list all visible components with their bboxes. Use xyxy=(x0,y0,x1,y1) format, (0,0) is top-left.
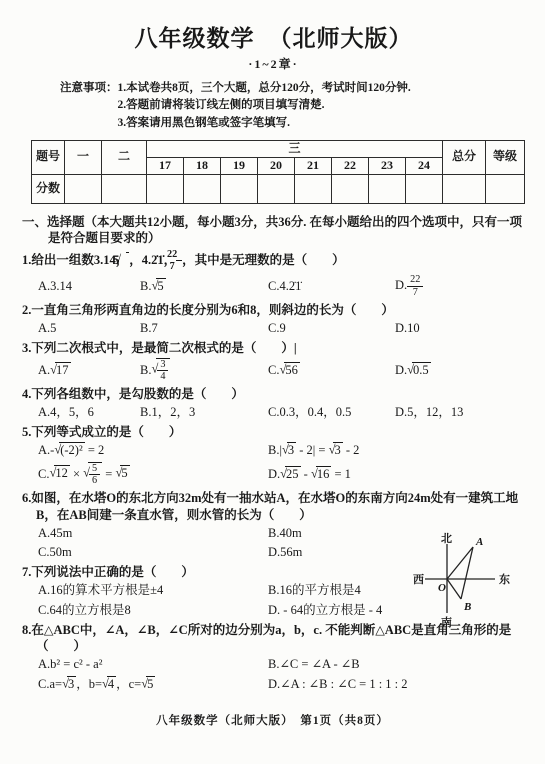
option-d: D.10 xyxy=(395,318,420,338)
score-table-q21: 21 xyxy=(295,157,332,174)
option-a: A.-√(-2)² = 2 xyxy=(38,441,268,461)
exam-title: 八年级数学 xyxy=(135,26,255,51)
option-d: D. - 64的立方根是 - 4 xyxy=(268,600,382,620)
exam-edition: （北师大版） xyxy=(269,26,413,51)
option-b: B.7 xyxy=(140,318,268,338)
option-a: A.4，5，6 xyxy=(38,403,140,423)
section1-heading: 一、选择题（本大题共12小题，每小题3分，共36分. 在每小题给出的四个选项中，… xyxy=(22,214,525,247)
score-table-header-part3: 三 xyxy=(147,140,443,157)
score-table-header-grade: 等级 xyxy=(486,140,525,174)
score-cell-blank xyxy=(369,174,406,203)
notice-item-3: 3.答案请用黑色钢笔或签字笔填写. xyxy=(118,115,411,132)
question-8-options-row2: C.a=√3，b=√4，c=√5 D.∠A : ∠B : ∠C = 1 : 1 … xyxy=(38,674,525,694)
figure-north-label: 北 xyxy=(441,532,452,545)
question-3-options: A.√17 B.√34 C.√56 D.√0.5 xyxy=(38,356,525,384)
score-table-q18: 18 xyxy=(184,157,221,174)
option-b: B.40m xyxy=(268,523,302,543)
score-cell-blank xyxy=(332,174,369,203)
option-c: C.64的立方根是8 xyxy=(38,600,268,620)
question-2: 2.一直角三角形两直角边的长度分别为6和8，则斜边的长为（ ） A.5 B.7 … xyxy=(22,302,525,338)
score-table-header-total: 总分 xyxy=(443,140,486,174)
option-b: B.1，2，3 xyxy=(140,403,268,423)
exam-page: 八年级数学（北师大版） ·1~2章· 注意事项： 1.本试卷共8页，三个大题，总… xyxy=(0,0,545,764)
option-c: C.0.3，0.4，0.5 xyxy=(268,403,395,423)
score-cell-blank xyxy=(486,174,525,203)
option-d: D.5，12，13 xyxy=(395,403,463,423)
question-1: 1.给出一组数3.14，√5，4.2̇1̇，227，其中是无理数的是（ ） A.… xyxy=(22,249,525,300)
score-table: 题号 一 二 三 总分 等级 17 18 19 20 21 22 23 24 分… xyxy=(31,140,525,204)
option-a: A.b² = c² - a² xyxy=(38,655,268,675)
option-a: A.45m xyxy=(38,523,268,543)
question-8: 8.在△ABC中，∠A，∠B，∠C所对的边分别为a，b，c. 不能判断△ABC是… xyxy=(22,622,525,694)
score-cell-blank xyxy=(102,174,147,203)
question-4-stem: 4.下列各组数中，是勾股数的是（ ） xyxy=(22,386,525,403)
option-b: B.√5 xyxy=(140,276,268,296)
notice-block: 注意事项： 1.本试卷共8页，三个大题，总分120分，考试时间120分钟. 2.… xyxy=(60,80,525,132)
q6-compass-figure: 北 南 西 东 O A B xyxy=(413,531,518,629)
score-table-score-label: 分数 xyxy=(32,174,65,203)
page-footer: 八年级数学（北师大版） 第1页（共8页） xyxy=(0,714,545,729)
figure-east-label: 东 xyxy=(499,572,510,586)
option-a: A.3.14 xyxy=(38,276,140,296)
option-c: C.9 xyxy=(268,318,395,338)
score-table-q20: 20 xyxy=(258,157,295,174)
question-6-stem: 6.如图，在水塔O的东北方向32m处有一抽水站A，在水塔O的东南方向24m处有一… xyxy=(22,490,525,523)
notice-item-1: 1.本试卷共8页，三个大题，总分120分，考试时间120分钟. xyxy=(118,80,411,97)
figure-origin-label: O xyxy=(438,582,446,594)
option-a: A.√17 xyxy=(38,360,140,380)
question-3-stem: 3.下列二次根式中，是最简二次根式的是（ ）| xyxy=(22,340,525,357)
question-4: 4.下列各组数中，是勾股数的是（ ） A.4，5，6 B.1，2，3 C.0.3… xyxy=(22,386,525,422)
question-1-options: A.3.14 B.√5 C.4.2̇1̇ D.227 xyxy=(38,273,525,300)
figure-west-label: 西 xyxy=(413,572,424,586)
question-5-options-row1: A.-√(-2)² = 2 B.|√3 - 2| = √3 - 2 xyxy=(38,441,525,461)
score-table-header-part2: 二 xyxy=(102,140,147,174)
option-b: B.16的平方根是4 xyxy=(268,581,361,601)
option-a: A.16的算术平方根是±4 xyxy=(38,581,268,601)
option-b: B.|√3 - 2| = √3 - 2 xyxy=(268,441,359,461)
figure-point-b-label: B xyxy=(463,601,471,613)
score-table-q22: 22 xyxy=(332,157,369,174)
question-8-options-row1: A.b² = c² - a² B.∠C = ∠A - ∠B xyxy=(38,655,525,675)
page-title: 八年级数学（北师大版） xyxy=(22,24,525,54)
notice-item-2: 2.答题前请将装订线左侧的项目填写清楚. xyxy=(118,97,411,114)
option-c: C.50m xyxy=(38,543,268,563)
option-d: D.√0.5 xyxy=(395,360,431,380)
question-4-options: A.4，5，6 B.1，2，3 C.0.3，0.4，0.5 D.5，12，13 xyxy=(38,403,525,423)
score-cell-blank xyxy=(295,174,332,203)
question-3: 3.下列二次根式中，是最简二次根式的是（ ）| A.√17 B.√34 C.√5… xyxy=(22,340,525,384)
option-c: C.√12 × √56 = √5 xyxy=(38,460,268,488)
score-cell-blank xyxy=(443,174,486,203)
score-cell-blank xyxy=(184,174,221,203)
chapter-range: ·1~2章· xyxy=(22,57,525,73)
figure-south-label: 南 xyxy=(441,615,452,629)
score-cell-blank xyxy=(258,174,295,203)
option-c: C.4.2̇1̇ xyxy=(268,276,395,296)
option-d: D.56m xyxy=(268,543,302,563)
question-2-options: A.5 B.7 C.9 D.10 xyxy=(38,318,525,338)
option-c: C.√56 xyxy=(268,360,395,380)
figure-point-a-label: A xyxy=(475,536,483,548)
option-b: B.√34 xyxy=(140,356,268,384)
question-5-stem: 5.下列等式成立的是（ ） xyxy=(22,424,525,441)
option-b: B.∠C = ∠A - ∠B xyxy=(268,655,360,675)
score-table-header-question: 题号 xyxy=(32,140,65,174)
score-cell-blank xyxy=(406,174,443,203)
segment-ob xyxy=(447,579,461,599)
score-table-q24: 24 xyxy=(406,157,443,174)
option-c: C.a=√3，b=√4，c=√5 xyxy=(38,674,268,694)
question-5: 5.下列等式成立的是（ ） A.-√(-2)² = 2 B.|√3 - 2| =… xyxy=(22,424,525,488)
score-cell-blank xyxy=(221,174,258,203)
score-table-q23: 23 xyxy=(369,157,406,174)
question-1-stem: 1.给出一组数3.14，√5，4.2̇1̇，227，其中是无理数的是（ ） xyxy=(22,249,525,273)
option-d: D.227 xyxy=(395,273,423,300)
score-table-header-part1: 一 xyxy=(65,140,102,174)
score-cell-blank xyxy=(65,174,102,203)
option-a: A.5 xyxy=(38,318,140,338)
question-2-stem: 2.一直角三角形两直角边的长度分别为6和8，则斜边的长为（ ） xyxy=(22,302,525,319)
notice-items: 1.本试卷共8页，三个大题，总分120分，考试时间120分钟. 2.答题前请将装… xyxy=(118,80,411,132)
option-d: D.√25 - √16 = 1 xyxy=(268,464,351,484)
question-5-options-row2: C.√12 × √56 = √5 D.√25 - √16 = 1 xyxy=(38,460,525,488)
option-d: D.∠A : ∠B : ∠C = 1 : 1 : 2 xyxy=(268,674,408,694)
notice-label: 注意事项： xyxy=(60,80,118,132)
score-cell-blank xyxy=(147,174,184,203)
score-table-q17: 17 xyxy=(147,157,184,174)
score-table-q19: 19 xyxy=(221,157,258,174)
